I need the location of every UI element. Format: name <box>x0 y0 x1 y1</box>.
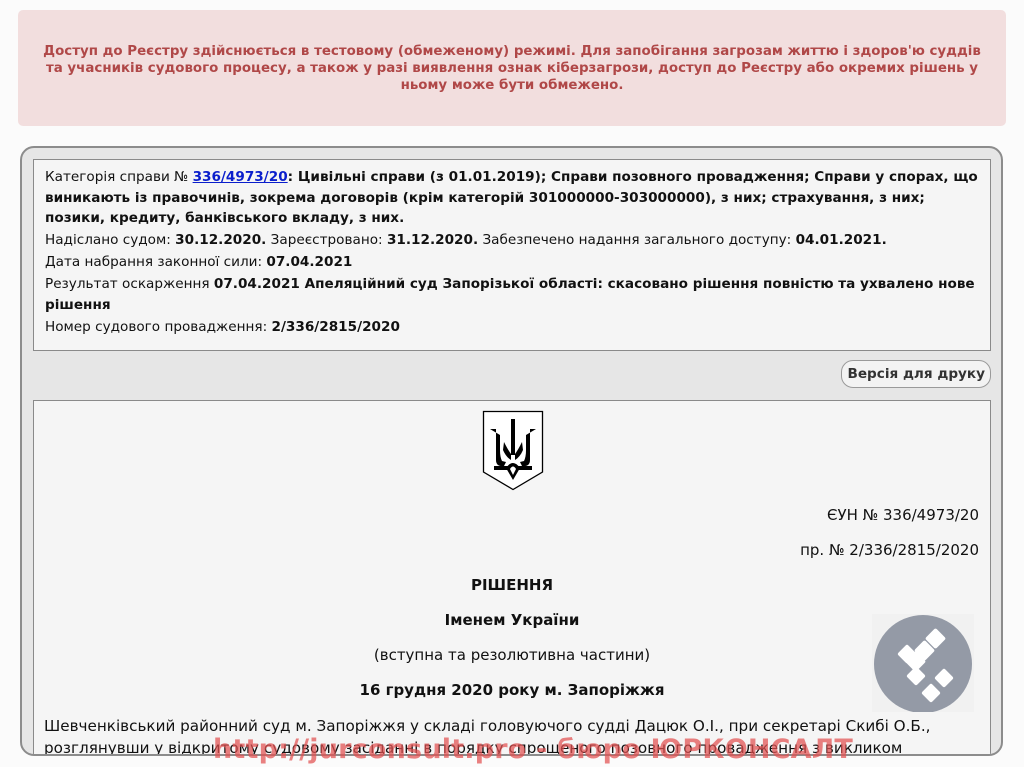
decision-document: ЄУН № 336/4973/20 пр. № 2/336/2815/2020 … <box>33 400 991 756</box>
case-number-link[interactable]: 336/4973/20 <box>193 169 288 185</box>
decision-title: РІШЕННЯ <box>34 576 990 594</box>
case-dates: Надіслано судом: 30.12.2020. Зареєстрова… <box>45 230 979 251</box>
ukraine-coat-of-arms-icon <box>482 410 544 492</box>
decision-subtitle: Іменем України <box>34 611 990 629</box>
watermark-text: http://jurconsult.pro - бюро ЮРКОНСАЛТ <box>213 734 853 765</box>
floating-widget[interactable] <box>872 614 974 712</box>
alert-text: Доступ до Реєстру здійснюється в тестово… <box>36 43 988 94</box>
access-date: 04.01.2021. <box>796 232 887 248</box>
registry-access-alert: Доступ до Реєстру здійснюється в тестово… <box>18 10 1006 126</box>
print-version-button[interactable]: Версія для друку <box>841 360 991 388</box>
decision-panel: Категорія справи № 336/4973/20: Цивільні… <box>20 146 1003 756</box>
proceeding-line: пр. № 2/336/2815/2020 <box>800 541 979 559</box>
effective-date-row: Дата набрання законної сили: 07.04.2021 <box>45 252 979 273</box>
case-info-box: Категорія справи № 336/4973/20: Цивільні… <box>33 159 991 351</box>
effective-date: 07.04.2021 <box>266 254 352 270</box>
eun-number: ЄУН № 336/4973/20 <box>827 506 979 524</box>
decision-date-place: 16 грудня 2020 року м. Запоріжжя <box>34 681 990 699</box>
proceeding-number-row: Номер судового провадження: 2/336/2815/2… <box>45 317 979 338</box>
puzzle-pieces-icon <box>872 614 974 712</box>
appeal-result-row: Результат оскарження 07.04.2021 Апеляцій… <box>45 274 979 315</box>
sent-date: 30.12.2020. <box>175 232 266 248</box>
registered-date: 31.12.2020. <box>387 232 478 248</box>
proceeding-number: 2/336/2815/2020 <box>272 319 400 335</box>
decision-parts-note: (вступна та резолютивна частини) <box>34 646 990 664</box>
case-category: Категорія справи № 336/4973/20: Цивільні… <box>45 167 979 229</box>
